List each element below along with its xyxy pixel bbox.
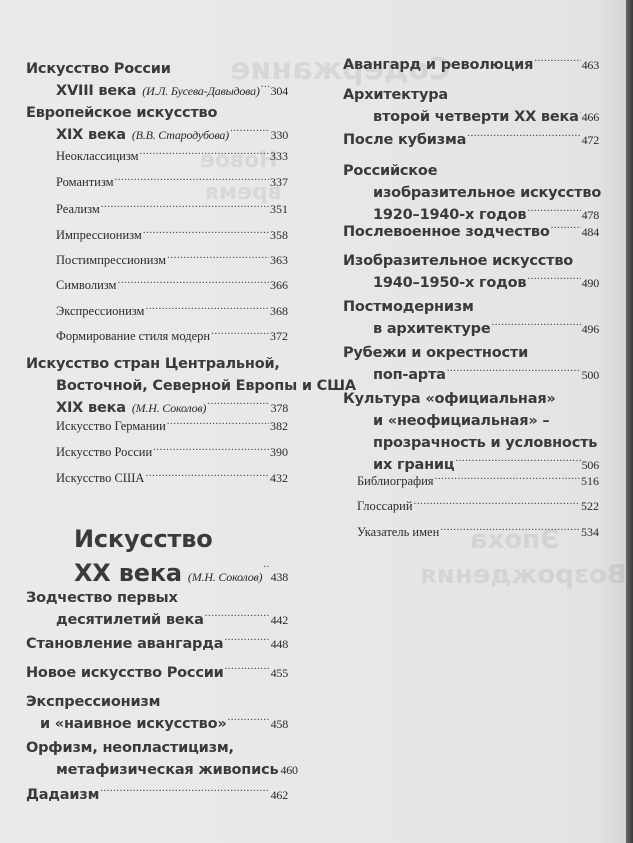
dot-leader xyxy=(534,55,580,70)
toc-heading-text: Авангард и революция xyxy=(343,54,533,76)
toc-page-number: 463 xyxy=(582,54,599,76)
toc-heading-line: XVIII века (И.Л. Бусева-Давыдова) 304 xyxy=(26,80,288,102)
toc-entry-postcub[interactable]: После кубизма 472 xyxy=(343,129,599,151)
toc-subentry-text: Неоклассицизм xyxy=(56,147,139,165)
toc-page-number: 534 xyxy=(581,523,599,541)
toc-entry-dada[interactable]: Дадаизм 462 xyxy=(26,784,288,806)
toc-heading-text: Становление авангарда xyxy=(26,633,223,655)
dot-leader xyxy=(115,174,269,187)
toc-heading: Европейское искусство xyxy=(26,102,288,124)
toc-page-number: 442 xyxy=(271,609,288,631)
toc-subentry-text: Искусство России xyxy=(56,443,152,461)
dot-leader xyxy=(580,107,581,122)
toc-entry-russia18[interactable]: Искусство России XVIII века (И.Л. Бусева… xyxy=(26,58,288,102)
dot-leader xyxy=(100,785,269,800)
toc-heading-line: XIX века (В.В. Стародубова) 330 xyxy=(26,124,288,146)
toc-heading-text: поп-арта xyxy=(373,364,446,386)
dot-leader xyxy=(435,473,580,486)
page-edge-shadow xyxy=(626,0,633,843)
toc-heading-line: в архитектуре 496 xyxy=(343,318,599,340)
toc-page-number: 516 xyxy=(581,472,599,490)
toc-entry-gloss[interactable]: Глоссарий 522 xyxy=(343,497,599,515)
toc-subentry-text: Постимпрессионизм xyxy=(56,251,166,269)
toc-entry-impress[interactable]: Импрессионизм 358 xyxy=(26,226,288,244)
toc-page-number: 432 xyxy=(270,469,288,487)
toc-heading-line: изобразительное искусство xyxy=(343,182,599,204)
toc-page-number: 472 xyxy=(582,129,599,151)
toc-page-number: 333 xyxy=(270,147,288,165)
toc-subentry-text: Искусство Германии xyxy=(56,417,166,435)
toc-page-number: 382 xyxy=(270,417,288,435)
toc-subentry-text: Романтизм xyxy=(56,173,114,191)
dot-leader xyxy=(491,319,580,334)
toc-heading-line: и «наивное искусство» 458 xyxy=(26,713,288,735)
bleed-through-text: Возрождения xyxy=(420,560,627,590)
toc-entry-rus2040[interactable]: Российское изобразительное искусство 192… xyxy=(343,160,599,226)
toc-heading-line: и «неофициальная» – xyxy=(343,410,599,432)
toc-heading: Постмодернизм xyxy=(343,296,599,318)
toc-entry-central[interactable]: Искусство стран Центральной, Восточной, … xyxy=(26,353,288,419)
toc-page-number: 351 xyxy=(270,200,288,218)
toc-entry-europe19[interactable]: Европейское искусство XIX века (В.В. Ста… xyxy=(26,102,288,146)
toc-heading-line: десятилетий века 442 xyxy=(26,609,288,631)
toc-page-number: 390 xyxy=(270,443,288,461)
toc-page-number: 466 xyxy=(582,106,599,128)
toc-subentry-text: Формирование стиля модерн xyxy=(56,327,210,345)
toc-page-number: 368 xyxy=(270,302,288,320)
toc-author: (М.Н. Соколов) xyxy=(132,397,206,419)
toc-entry-neoclass[interactable]: Неоклассицизм 333 xyxy=(26,147,288,165)
dot-leader xyxy=(145,303,269,316)
toc-page-number: 458 xyxy=(271,713,288,735)
dot-leader xyxy=(230,125,270,140)
toc-entry-newrussia[interactable]: Новое искусство России 455 xyxy=(26,662,288,684)
toc-entry-index[interactable]: Указатель имен 534 xyxy=(343,523,599,541)
toc-heading-text: Дадаизм xyxy=(26,784,99,806)
toc-page-number: 378 xyxy=(271,397,288,419)
toc-heading-line: прозрачность и условность xyxy=(343,432,599,454)
toc-subentry-text: Реализм xyxy=(56,200,100,218)
toc-page-number: 496 xyxy=(582,318,599,340)
toc-entry-naive[interactable]: Экспрессионизм и «наивное искусство» 458 xyxy=(26,691,288,735)
toc-entry-modern[interactable]: Формирование стиля модерн 372 xyxy=(26,327,288,345)
toc-heading: Рубежи и окрестности xyxy=(343,342,599,364)
toc-subentry-text: Искусство США xyxy=(56,469,144,487)
toc-entry-art4050[interactable]: Изобразительное искусство 1940–1950-х го… xyxy=(343,250,599,294)
toc-subentry-text: Импрессионизм xyxy=(56,226,142,244)
toc-heading-text: метафизическая живопись xyxy=(56,759,278,781)
toc-heading-text: Послевоенное зодчество xyxy=(343,221,550,243)
toc-subentry-text: Библиография xyxy=(357,472,434,490)
dot-leader xyxy=(261,81,270,96)
toc-subentry-text: Глоссарий xyxy=(357,497,413,515)
toc-heading-text: XIX века xyxy=(56,397,126,419)
toc-entry-popart[interactable]: Рубежи и окрестности поп-арта 500 xyxy=(343,342,599,386)
dot-leader xyxy=(455,455,580,470)
toc-heading: Российское xyxy=(343,160,599,182)
toc-page-number: 363 xyxy=(270,251,288,269)
dot-leader xyxy=(527,273,580,288)
toc-subentry-text: Символизм xyxy=(56,276,116,294)
toc-entry-avantgarde[interactable]: Становление авангарда 448 xyxy=(26,633,288,655)
toc-subentry-text: Экспрессионизм xyxy=(56,302,144,320)
toc-heading-line: Восточной, Северной Европы и США xyxy=(26,375,288,397)
toc-heading-text: После кубизма xyxy=(343,129,466,151)
toc-entry-biblio[interactable]: Библиография 516 xyxy=(343,472,599,490)
toc-entry-symbol[interactable]: Символизм 366 xyxy=(26,276,288,294)
dot-leader xyxy=(143,227,269,240)
dot-leader xyxy=(551,222,581,237)
toc-entry-postwar[interactable]: Послевоенное зодчество 484 xyxy=(343,221,599,243)
toc-heading: Зодчество первых xyxy=(26,587,288,609)
toc-entry-arch2q[interactable]: Архитектура второй четверти XX века 466 xyxy=(343,84,599,128)
dot-leader xyxy=(228,714,270,729)
dot-leader xyxy=(440,524,580,537)
toc-page-number: 372 xyxy=(270,327,288,345)
dot-leader xyxy=(224,634,269,649)
toc-entry-arch-early[interactable]: Зодчество первых десятилетий века 442 xyxy=(26,587,288,631)
dot-leader xyxy=(211,328,269,341)
toc-page-number: 448 xyxy=(271,633,288,655)
toc-heading-text: Новое искусство России xyxy=(26,662,224,684)
toc-heading: Экспрессионизм xyxy=(26,691,288,713)
toc-page-number: 490 xyxy=(582,272,599,294)
toc-heading: Искусство России xyxy=(26,58,288,80)
toc-heading-text: XVIII века xyxy=(56,80,136,102)
dot-leader xyxy=(527,205,580,220)
dot-leader xyxy=(153,444,269,457)
toc-page-number: 304 xyxy=(271,80,288,102)
toc-heading-text: в архитектуре xyxy=(373,318,490,340)
toc-entry-orphism[interactable]: Орфизм, неопластицизм, метафизическая жи… xyxy=(26,737,288,781)
toc-heading: Архитектура xyxy=(343,84,599,106)
toc-entry-germany[interactable]: Искусство Германии 382 xyxy=(26,417,288,435)
toc-subentry-text: Указатель имен xyxy=(357,523,439,541)
dot-leader xyxy=(167,252,269,265)
toc-page-number: 484 xyxy=(582,221,599,243)
toc-entry-russia[interactable]: Искусство России 390 xyxy=(26,443,288,461)
toc-entry-usa[interactable]: Искусство США 432 xyxy=(26,469,288,487)
toc-page-number: 358 xyxy=(270,226,288,244)
toc-page-number: 500 xyxy=(582,364,599,386)
dot-leader xyxy=(467,130,580,145)
toc-heading: Орфизм, неопластицизм, xyxy=(26,737,288,759)
toc-heading-line: второй четверти XX века 466 xyxy=(343,106,599,128)
toc-heading-text: второй четверти XX века xyxy=(373,106,579,128)
toc-entry-realism[interactable]: Реализм 351 xyxy=(26,200,288,218)
toc-page-number: 330 xyxy=(271,124,288,146)
dot-leader xyxy=(414,498,580,511)
toc-page-number: 366 xyxy=(270,276,288,294)
dot-leader xyxy=(207,398,269,413)
toc-page-number: 462 xyxy=(271,784,288,806)
toc-entry-postmod[interactable]: Постмодернизм в архитектуре 496 xyxy=(343,296,599,340)
toc-page-number: 460 xyxy=(280,759,297,781)
dot-leader xyxy=(145,470,269,483)
toc-author: (И.Л. Бусева-Давыдова) xyxy=(142,80,259,102)
dot-leader xyxy=(263,557,269,581)
toc-heading: Культура «официальная» xyxy=(343,388,599,410)
toc-entry-avrev[interactable]: Авангард и революция 463 xyxy=(343,54,599,76)
toc-page-number: 337 xyxy=(270,173,288,191)
dot-leader xyxy=(117,277,269,290)
dot-leader xyxy=(205,610,270,625)
toc-heading: Изобразительное искусство xyxy=(343,250,599,272)
toc-page-number: 455 xyxy=(271,662,288,684)
dot-leader xyxy=(447,365,581,380)
toc-page-number: 522 xyxy=(581,497,599,515)
toc-entry-romant[interactable]: Романтизм 337 xyxy=(26,173,288,191)
dot-leader xyxy=(101,201,269,214)
toc-heading-text: десятилетий века xyxy=(56,609,204,631)
toc-entry-express[interactable]: Экспрессионизм 368 xyxy=(26,302,288,320)
toc-entry-official[interactable]: Культура «официальная» и «неофициальная»… xyxy=(343,388,599,476)
toc-heading: Искусство стран Центральной, xyxy=(26,353,288,375)
toc-heading-text: 1940–1950-х годов xyxy=(373,272,526,294)
toc-author: (В.В. Стародубова) xyxy=(132,124,229,146)
toc-heading-text: XX века xyxy=(74,556,182,590)
toc-entry-art20[interactable]: Искусство XX века (М.Н. Соколов) 438 xyxy=(26,522,288,594)
toc-heading-line: метафизическая живопись 460 xyxy=(26,759,288,781)
toc-section-heading: Искусство xyxy=(26,522,288,556)
toc-entry-postimp[interactable]: Постимпрессионизм 363 xyxy=(26,251,288,269)
dot-leader xyxy=(225,663,270,678)
toc-heading-text: XIX века xyxy=(56,124,126,146)
dot-leader xyxy=(167,418,269,431)
toc-heading-line: поп-арта 500 xyxy=(343,364,599,386)
toc-heading-line: XIX века (М.Н. Соколов) 378 xyxy=(26,397,288,419)
toc-heading-text: и «наивное искусство» xyxy=(40,713,227,735)
toc-heading-line: 1940–1950-х годов 490 xyxy=(343,272,599,294)
dot-leader xyxy=(140,148,269,161)
book-page: Содержание Новое время Эпоха Возрождения… xyxy=(0,0,626,843)
